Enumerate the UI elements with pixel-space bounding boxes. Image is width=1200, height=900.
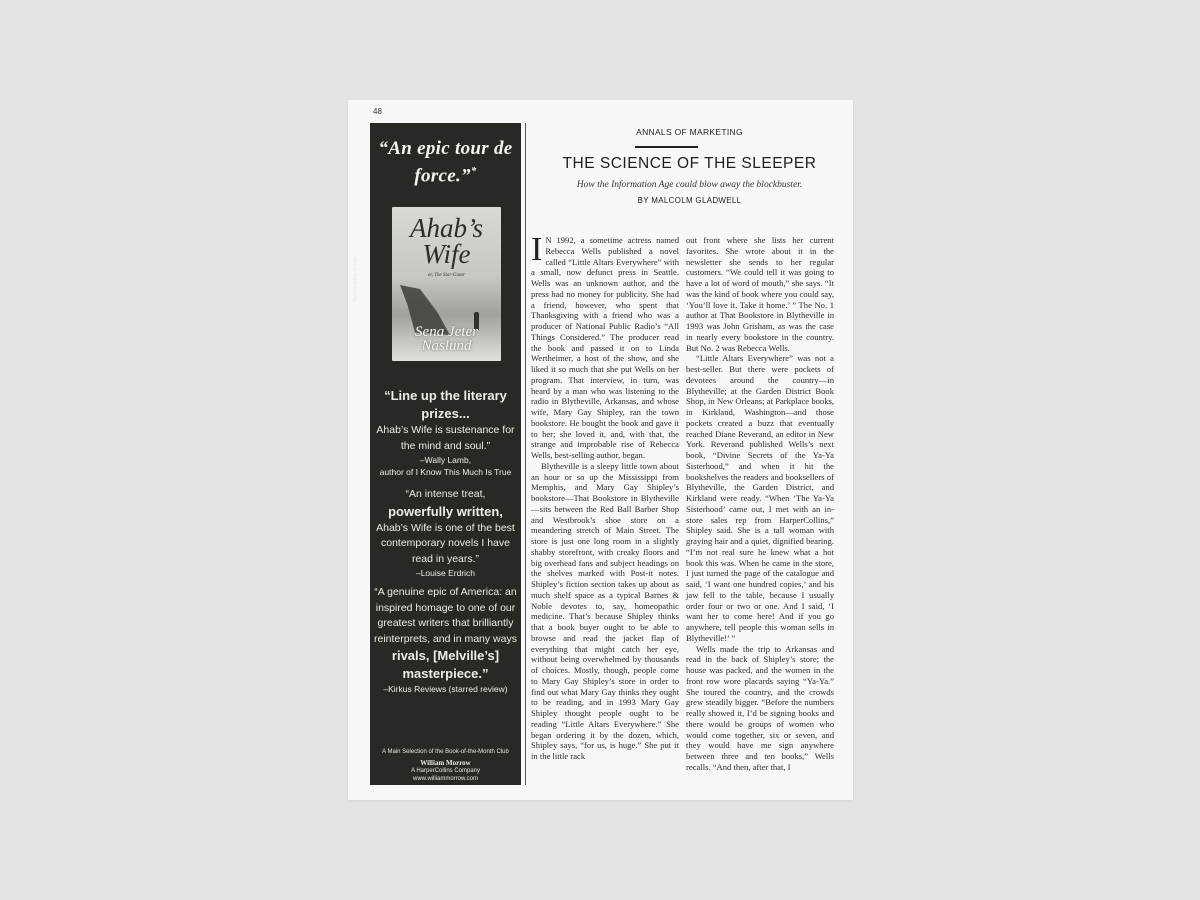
paragraph: out front where she lists her current fa… [686, 235, 834, 353]
section-rubric: ANNALS OF MARKETING [526, 127, 853, 137]
book-cover-title: Ahab’s Wife [392, 215, 501, 267]
quote-line: Ahab’s Wife is sustenance for the mind a… [372, 423, 519, 454]
review-quote-1: “Line up the literary prizes... Ahab’s W… [372, 387, 519, 478]
article-dek: How the Information Age could blow away … [526, 180, 853, 190]
quote-attribution: –Wally Lamb, [372, 454, 519, 466]
magazine-page: 48 “An epic tour de force.”* *Bret Lott,… [348, 100, 853, 800]
page-number: 48 [373, 107, 382, 116]
ad-headline: “An epic tour de force.”* [370, 137, 521, 187]
side-credit: *Bret Lott, author of Jewel [352, 257, 357, 303]
ad-footer: A Main Selection of the Book-of-the-Mont… [370, 748, 521, 783]
paragraph: Wells made the trip to Arkansas and read… [686, 644, 834, 773]
paragraph: “Little Altars Everywhere” was not a bes… [686, 353, 834, 643]
article-column-2: out front where she lists her current fa… [686, 235, 834, 773]
review-quote-2: “An intense treat, powerfully written, A… [372, 487, 519, 579]
article-title: THE SCIENCE OF THE SLEEPER [526, 155, 853, 173]
book-cover-image: Ahab’s Wife or, The Star-Gazer Sena Jete… [392, 207, 501, 361]
asterisk-mark: * [471, 165, 477, 177]
quote-line: Ahab’s Wife is one of the best contempor… [372, 521, 519, 568]
quote-attribution: author of I Know This Much Is True [372, 466, 519, 478]
rubric-rule [635, 146, 698, 148]
book-advertisement: “An epic tour de force.”* *Bret Lott, au… [370, 123, 521, 785]
quote-line: rivals, [Melville’s] masterpiece.” [372, 647, 519, 683]
publisher-parent: A HarperCollins Company [370, 767, 521, 775]
publisher-website: www.williammorrow.com [370, 775, 521, 783]
quote-line: “An intense treat, [372, 487, 519, 503]
review-quote-3: “A genuine epic of America: an inspired … [372, 585, 519, 695]
book-club-note: A Main Selection of the Book-of-the-Mont… [370, 748, 521, 756]
article-column-1: IN 1992, a sometime actress named Rebecc… [531, 235, 679, 762]
quote-line: powerfully written, [372, 503, 519, 521]
book-cover-subtitle: or, The Star-Gazer [392, 273, 501, 278]
paragraph: IN 1992, a sometime actress named Rebecc… [531, 235, 679, 461]
drop-cap: I [531, 236, 542, 264]
article-byline: BY MALCOLM GLADWELL [526, 196, 853, 205]
column-divider [525, 123, 526, 785]
quote-line: “A genuine epic of America: an inspired … [372, 585, 519, 647]
ad-headline-text: “An epic tour de force.” [378, 138, 512, 186]
publisher-name: William Morrow [370, 759, 521, 767]
paragraph: Blytheville is a sleepy little town abou… [531, 461, 679, 762]
quote-line: “Line up the literary prizes... [372, 387, 519, 423]
book-cover-author: Sena Jeter Naslund [392, 325, 501, 353]
quote-attribution: –Louise Erdrich [372, 567, 519, 579]
paragraph-text: N 1992, a sometime actress named Rebecca… [531, 235, 679, 460]
quote-attribution: –Kirkus Reviews (starred review) [372, 683, 519, 695]
